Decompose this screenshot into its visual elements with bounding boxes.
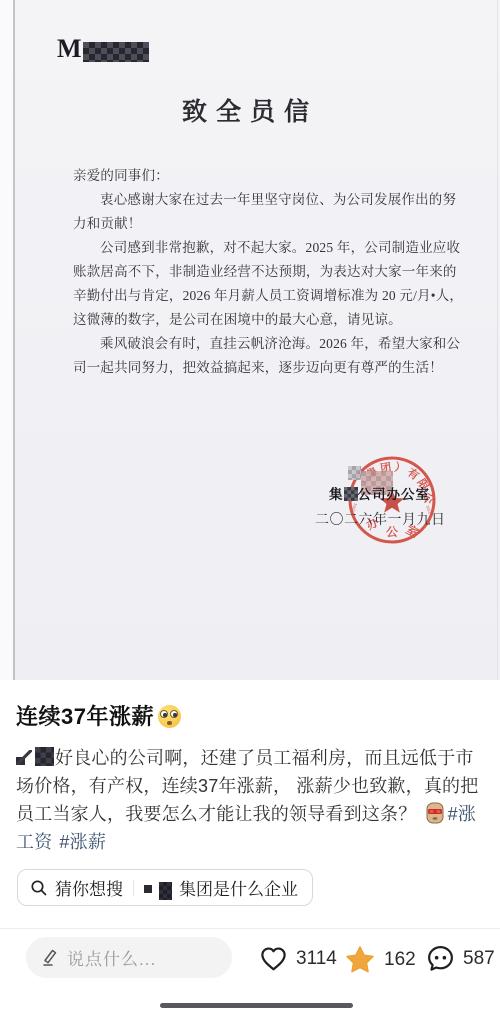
- comment-button[interactable]: 587: [425, 943, 495, 974]
- org-redaction-mosaic: [344, 487, 358, 501]
- logo-redaction-mosaic: [83, 42, 149, 62]
- heart-icon: [258, 943, 289, 974]
- like-count: 3114: [296, 948, 337, 970]
- letter-line: 衷心感谢大家在过去一年里坚守岗位、为公司发展作出的努: [73, 188, 465, 212]
- like-button[interactable]: 3114: [258, 943, 337, 974]
- letter-line: 账款居高不下，非制造业经营不达预期，为表达对大家一年来的: [73, 260, 465, 284]
- doge-sunglasses-sticker: [424, 802, 446, 824]
- comment-input[interactable]: 说点什么...: [26, 937, 232, 978]
- comment-placeholder: 说点什么...: [67, 945, 156, 970]
- divider: [133, 880, 134, 896]
- letter-photo[interactable]: M 致全员信 亲爱的同事们：衷心感谢大家在过去一年里坚守岗位、为公司发展作出的努…: [0, 0, 500, 680]
- logo-letter-m: M: [57, 36, 82, 62]
- seal-redaction-mosaic: [348, 466, 361, 480]
- query-redaction: [144, 885, 152, 893]
- signature-org-name: 集公司办公室: [329, 483, 430, 503]
- letter-body: 亲爱的同事们：衷心感谢大家在过去一年里坚守岗位、为公司发展作出的努力和贡献！公司…: [73, 164, 465, 380]
- comment-count: 587: [463, 948, 495, 970]
- company-name-redaction: [16, 750, 32, 765]
- flushed-face-emoji: [158, 705, 181, 728]
- chat-bubble-icon: [425, 943, 456, 974]
- company-name-redaction: [35, 747, 54, 766]
- letter-line: 司一起共同努力，把效益搞起来，逐步迈向更有尊严的生活！: [73, 356, 465, 380]
- post-title-text: 连续37年涨薪: [16, 700, 154, 731]
- post-title: 连续37年涨薪: [16, 700, 181, 731]
- favorite-button[interactable]: 162: [343, 943, 416, 977]
- post-body: 好良心的公司啊，还建了员工福利房，而且远低于市场价格，有产权，连续37年涨薪， …: [16, 744, 486, 856]
- hashtag-link[interactable]: #涨薪: [59, 832, 106, 852]
- org-name-part: 集: [329, 487, 344, 502]
- star-icon: [343, 943, 377, 977]
- bottom-action-bar: 说点什么... 3114 162 587: [0, 928, 500, 1015]
- favorite-count: 162: [384, 949, 416, 971]
- search-suggest-label: 猜你想搜: [55, 875, 123, 900]
- search-suggest-query: 集团是什么企业: [179, 875, 298, 900]
- signature-date: 二〇二六年一月九日: [315, 509, 446, 529]
- query-redaction: [159, 882, 172, 900]
- pencil-icon: [40, 948, 59, 967]
- letter-line: 亲爱的同事们：: [73, 164, 465, 188]
- letter-line: 力和贡献！: [73, 212, 465, 236]
- post-detail-page: M 致全员信 亲爱的同事们：衷心感谢大家在过去一年里坚守岗位、为公司发展作出的努…: [0, 0, 500, 1015]
- home-indicator[interactable]: [160, 1003, 353, 1008]
- search-suggestion-box[interactable]: 猜你想搜 集团是什么企业: [17, 869, 313, 906]
- letter-title: 致全员信: [0, 92, 500, 128]
- post-body-text: 好良心的公司啊，还建了员工福利房，而且远低于市场价格，有产权，连续37年涨薪， …: [16, 748, 478, 824]
- letterhead-logo: M: [57, 36, 149, 62]
- letter-line: 这微薄的数字，是公司在困境中的最大心意，请见谅。: [73, 308, 465, 332]
- letter-line: 辛勤付出与肯定，2026 年月薪人员工资调增标准为 20 元/月•人，: [73, 284, 465, 308]
- search-icon: [30, 879, 48, 897]
- letter-line: 公司感到非常抱歉，对不起大家。2025 年，公司制造业应收: [73, 236, 465, 260]
- org-name-part: 公司办公室: [358, 487, 431, 502]
- letter-line: 乘风破浪会有时，直挂云帆济沧海。2026 年，希望大家和公: [73, 332, 465, 356]
